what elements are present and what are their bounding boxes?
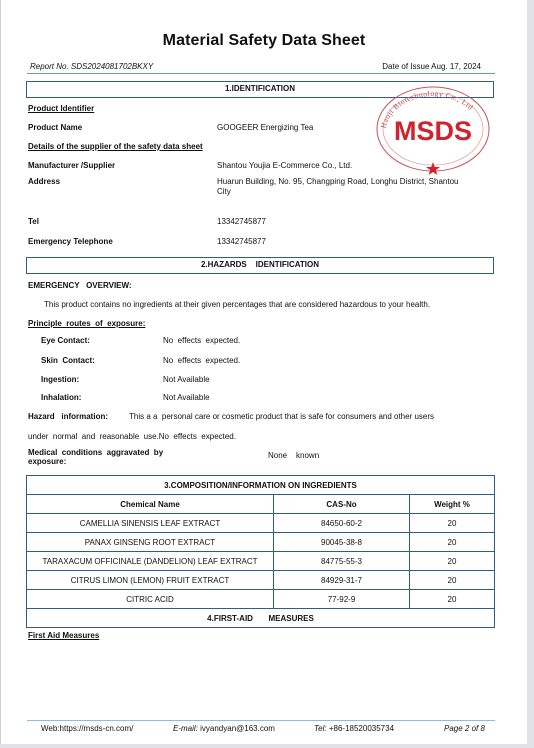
- tel-label: Tel: [28, 217, 39, 226]
- medical-conditions-label-1: Medical conditions aggravated by: [28, 448, 163, 457]
- chemical-name-cell: CAMELLIA SINENSIS LEAF EXTRACT: [27, 514, 274, 533]
- column-header-chemical-name: Chemical Name: [27, 495, 274, 514]
- footer-tel-value: +86-18520035734: [329, 724, 394, 733]
- issue-date: Date of Issue Aug. 17, 2024: [382, 62, 481, 71]
- manufacturer-value: Shantou Youjia E-Commerce Co., Ltd.: [217, 161, 352, 170]
- weight-cell: 20: [410, 590, 495, 609]
- route-value-skin: No effects expected.: [163, 356, 240, 365]
- page-number: Page 2 of 8: [444, 724, 485, 733]
- report-number: Report No. SDS2024081702BKXY: [30, 62, 153, 71]
- weight-cell: 20: [410, 514, 495, 533]
- route-value-ingestion: Not Available: [163, 375, 210, 384]
- weight-cell: 20: [410, 552, 495, 571]
- exposure-routes-heading: Principle routes of exposure:: [28, 319, 145, 328]
- table-header-row: Chemical Name CAS-No Weight %: [27, 495, 495, 514]
- cas-no-cell: 84775-55-3: [274, 552, 410, 571]
- document-page: Material Safety Data Sheet Report No. SD…: [0, 0, 527, 744]
- cas-no-cell: 90045-38-8: [274, 533, 410, 552]
- chemical-name-cell: TARAXACUM OFFICINALE (DANDELION) LEAF EX…: [27, 552, 274, 571]
- product-name-value: GOOGEER Energizing Tea: [217, 123, 313, 132]
- weight-cell: 20: [410, 571, 495, 590]
- address-line-2: City: [217, 187, 231, 196]
- table-row: CITRUS LIMON (LEMON) FRUIT EXTRACT 84929…: [27, 571, 495, 590]
- ingredients-table: 3.COMPOSITION/INFORMATION ON INGREDIENTS…: [26, 475, 495, 628]
- footer-email: E-mail: ivyandyan@163.com: [173, 724, 275, 733]
- cas-no-cell: 84650-60-2: [274, 514, 410, 533]
- manufacturer-label: Manufacturer /Supplier: [28, 161, 115, 170]
- footer-email-label: E-mail:: [173, 724, 198, 733]
- weight-cell: 20: [410, 533, 495, 552]
- msds-stamp-icon: Haoji Biotechnology Co., Ltd MSDS: [371, 82, 495, 176]
- route-label-inhalation: Inhalation:: [41, 393, 81, 402]
- hazard-information-text-1: This a a personal care or cosmetic produ…: [129, 412, 434, 421]
- chemical-name-cell: PANAX GINSENG ROOT EXTRACT: [27, 533, 274, 552]
- emergency-telephone-value: 13342745877: [217, 237, 266, 246]
- emergency-overview-label: EMERGENCY OVERVIEW:: [28, 281, 132, 290]
- route-label-eye: Eye Contact:: [41, 336, 90, 345]
- footer-website: Web:https://msds-cn.com/: [41, 724, 133, 733]
- route-value-eye: No effects expected.: [163, 336, 240, 345]
- chemical-name-cell: CITRIC ACID: [27, 590, 274, 609]
- hazard-information-text-2: under normal and reasonable use.No effec…: [28, 432, 236, 441]
- table-row: TARAXACUM OFFICINALE (DANDELION) LEAF EX…: [27, 552, 495, 571]
- address-line-1: Huarun Building, No. 95, Changping Road,…: [217, 177, 459, 186]
- table-row: CITRIC ACID 77-92-9 20: [27, 590, 495, 609]
- route-value-inhalation: Not Available: [163, 393, 210, 402]
- table-row: CAMELLIA SINENSIS LEAF EXTRACT 84650-60-…: [27, 514, 495, 533]
- route-label-ingestion: Ingestion:: [41, 375, 79, 384]
- tel-value: 13342745877: [217, 217, 266, 226]
- address-label: Address: [28, 177, 60, 186]
- report-header-line: Report No. SDS2024081702BKXY Date of Iss…: [27, 61, 495, 74]
- column-header-cas-no: CAS-No: [274, 495, 410, 514]
- section-first-aid-heading: 4.FIRST-AID MEASURES: [27, 609, 495, 628]
- table-row: PANAX GINSENG ROOT EXTRACT 90045-38-8 20: [27, 533, 495, 552]
- svg-text:MSDS: MSDS: [394, 116, 472, 146]
- emergency-telephone-label: Emergency Telephone: [28, 237, 113, 246]
- footer-tel: Tel: +86-18520035734: [314, 724, 394, 733]
- footer-divider: [27, 720, 495, 721]
- section-hazards-heading-text: 2.HAZARDS IDENTIFICATION: [201, 260, 319, 269]
- footer-email-value: ivyandyan@163.com: [200, 724, 275, 733]
- section-hazards-heading: 2.HAZARDS IDENTIFICATION: [26, 257, 494, 274]
- document-title: Material Safety Data Sheet: [1, 32, 527, 50]
- medical-conditions-value: None known: [268, 451, 319, 460]
- product-name-label: Product Name: [28, 123, 82, 132]
- hazard-information-label: Hazard information:: [28, 412, 108, 421]
- emergency-overview-text: This product contains no ingredients at …: [44, 300, 430, 309]
- cas-no-cell: 84929-31-7: [274, 571, 410, 590]
- column-header-weight: Weight %: [410, 495, 495, 514]
- supplier-details-heading: Details of the supplier of the safety da…: [28, 142, 203, 151]
- product-identifier-heading: Product Identifier: [28, 104, 94, 113]
- footer-tel-label: Tel:: [314, 724, 327, 733]
- route-label-skin: Skin Contact:: [41, 356, 95, 365]
- section-composition-heading: 3.COMPOSITION/INFORMATION ON INGREDIENTS: [27, 476, 495, 495]
- cas-no-cell: 77-92-9: [274, 590, 410, 609]
- medical-conditions-label-2: exposure:: [28, 457, 66, 466]
- first-aid-measures-heading: First Aid Measures: [28, 631, 99, 640]
- chemical-name-cell: CITRUS LIMON (LEMON) FRUIT EXTRACT: [27, 571, 274, 590]
